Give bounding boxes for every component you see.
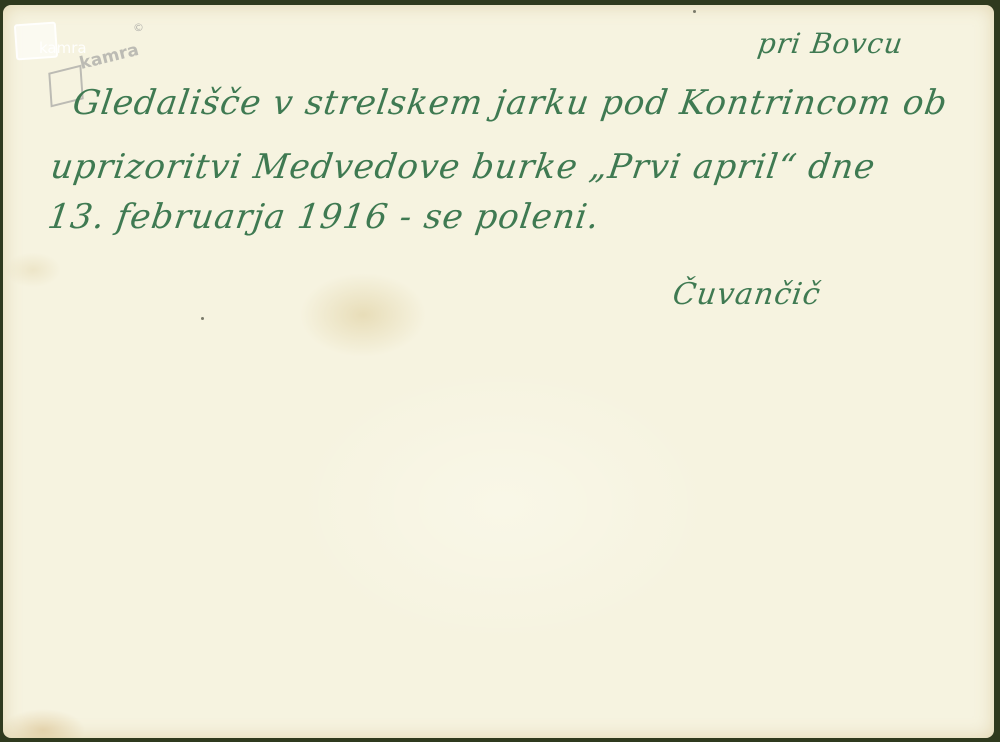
handwritten-line-3: 13. februarja 1916 - se poleni. (45, 197, 602, 237)
watermark-text-secondary: kamra (77, 40, 140, 74)
place-note: pri Bovcu (756, 27, 906, 60)
signature: Čuvančič (671, 277, 824, 312)
handwritten-line-1: Gledališče v strelskem jarku pod Kontrin… (70, 83, 950, 123)
photo-card-back: kamra © kamra pri Bovcu Gledališče v str… (3, 5, 994, 738)
handwritten-line-2: uprizoritvi Medvedove burke „Prvi april“… (48, 147, 878, 187)
copyright-icon: © (133, 21, 144, 34)
ink-speck (201, 317, 204, 320)
ink-speck (693, 10, 696, 13)
